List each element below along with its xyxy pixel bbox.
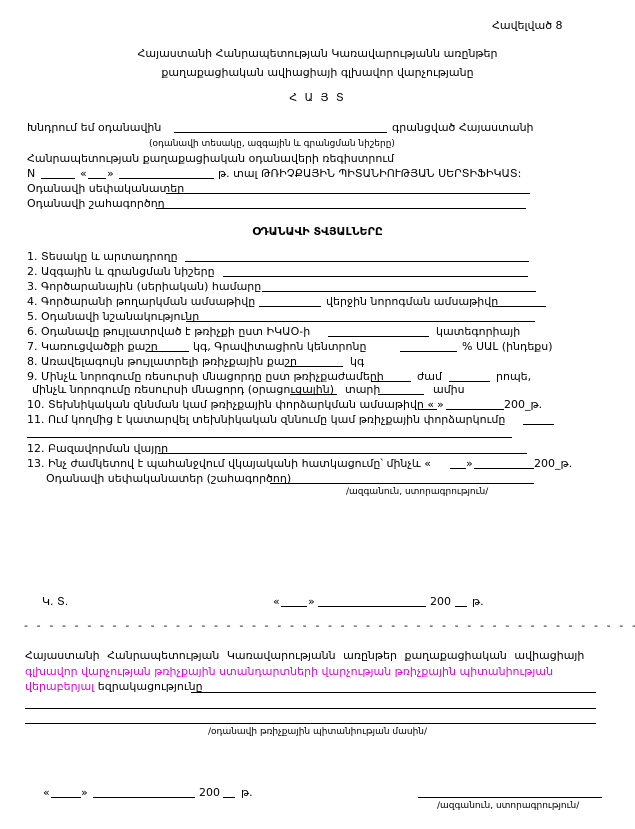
aircraft-type-field[interactable] [174,132,387,133]
item-4-field-a[interactable] [259,306,321,307]
item-4-label: 4. Գործարանի թողարկման ամսաթիվը [27,295,255,308]
item-10-month-field[interactable] [446,409,504,410]
day-field[interactable] [88,178,106,179]
item-10-year: 200_թ. [504,398,542,411]
conclusion-label: եզրակացությունը [98,680,203,693]
item-9b-years-unit: տարի [345,383,380,396]
conclusion-line-2: գլխավոր վարչության թռիչքային ստանդարտներ… [25,665,553,678]
item-3-label: 3. Գործարանային (սերիական) համարը [27,280,261,293]
date-month-field[interactable] [318,606,426,607]
signature-hint-1: /ազգանուն, ստորագրություն/ [346,487,488,498]
appendix-label: Հավելված 8 [492,19,563,32]
addressee-line-2: քաղաքացիական ավիացիայի գլխավոր վարչությա… [0,66,635,79]
section-title: ՕԴԱՆԱՎԻ ՏՎՅԱԼՆԵՐԸ [0,225,635,238]
item-7-label: 7. Կառուցվածքի քաշը [27,340,158,353]
item-5-label: 5. Օդանավի նշանակությունը [27,310,199,323]
conclusion-highlight: վերաբերյալ [25,680,94,693]
item-9-hours-field[interactable] [371,381,411,382]
owner-operator-signature-field[interactable] [270,483,534,484]
item-9b-months-field[interactable] [378,394,424,395]
item-13-day-field[interactable] [450,468,466,469]
footer-year-field[interactable] [223,797,235,798]
item-11-field-b[interactable] [27,437,512,438]
item-1-label: 1. Տեսակը և արտադրողը [27,250,178,263]
item-9b-months-unit: ամիս [433,383,465,396]
item-9-label: 9. Մինչև նորոգումը ռեսուրսի մնացորդը ըստ… [27,370,384,383]
owner-operator-label: Օդանավի սեփականատեր (շահագործող) [46,472,291,485]
item-10-day-field[interactable] [421,409,437,410]
request-line-2: Հանրապետության քաղաքացիական օդանավերի ռե… [27,152,394,165]
footer-signature-field[interactable] [418,797,602,798]
document-title: Հ Ա Յ Տ [0,91,635,104]
date-day-field[interactable] [281,606,307,607]
item-9-minutes-field[interactable] [449,381,490,382]
item-9-minutes-unit: րոպե, [496,370,531,383]
footer-quote-open: « [43,786,50,799]
item-8-field[interactable] [287,366,343,367]
owner-label: Օդանավի սեփականատեր [27,182,184,195]
footer-quote-close: » [81,786,88,799]
number-label: N [27,167,35,180]
item-8-label: 8. Առավելագույն թույլատրելի թռիչքային քա… [27,355,297,368]
item-4-mid: վերջին նորոգման ամսաթիվը [326,295,498,308]
date-year: 200 [430,595,451,608]
item-5-field[interactable] [186,321,535,322]
conclusion-line-3: վերաբերյալ եզրակացությունը [25,680,203,693]
item-11-field-a[interactable] [523,424,554,425]
footer-suffix: թ. [241,786,253,799]
item-12-field[interactable] [158,453,527,454]
item-13-quote-close: » [466,457,473,470]
item-9b-label: մինչև նորոգումը ռեսուրսի մնացորդ (օրացու… [32,383,334,396]
request-line-3-suffix: թ. տալ ԹՌԻՉՔԱՅԻՆ ՊԻՏԱՆԻՈՒԹՅԱՆ ՍԵՐՏԻՖԻԿԱՏ… [218,167,521,180]
item-10-label: 10. Տեխնիկական զննման կամ թռիչքային փորձ… [27,398,434,411]
quote-open: « [80,167,87,180]
item-3-field[interactable] [262,291,536,292]
operator-label: Օդանավի շահագործող [27,197,165,210]
item-13-month-field[interactable] [474,468,534,469]
conclusion-hint: /օդանավի թռիչքային պիտանիության մասին/ [0,727,635,738]
footer-day-field[interactable] [51,797,81,798]
footer-year: 200 [199,786,220,799]
date-quote-close: » [308,595,315,608]
item-2-field[interactable] [223,276,528,277]
item-2-label: 2. Ազգային և գրանցման նիշերը [27,265,215,278]
conclusion-field-3[interactable] [25,723,596,724]
owner-field[interactable] [166,193,530,194]
date-quote-open: « [273,595,280,608]
conclusion-line-1: Հայաստանի Հանրապետության Կառավարությանն … [25,649,584,662]
date-suffix: թ. [472,595,484,608]
item-7-field-a[interactable] [149,351,189,352]
item-9b-years-field[interactable] [290,394,337,395]
item-10-quote-close: » [437,398,444,411]
item-6-end: կատեգորիայի [436,325,520,338]
item-11-label: 11. Ում կողմից է կատարվել տեխնիկական զնն… [27,413,505,426]
conclusion-field-2[interactable] [25,708,596,709]
cut-line-divider: - - - - - - - - - - - - - - - - - - - - … [24,619,635,632]
item-4-field-b[interactable] [496,306,546,307]
footer-signature-hint: /ազգանուն, ստորագրություն/ [437,801,579,812]
item-7-mid: կգ, Գրավիտացիոն կենտրոնը [193,340,366,353]
item-1-field[interactable] [185,261,529,262]
item-8-end: կգ [350,355,364,368]
addressee-line-1: Հայաստանի Հանրապետության Կառավարությանն … [0,47,635,60]
item-6-field[interactable] [328,336,429,337]
item-13-year: 200_թ. [534,457,572,470]
item-7-end: % ՍԱԼ (ինդեքս) [462,340,553,353]
request-line-1-prefix: Խնդրում եմ օդանավին [27,121,161,134]
request-line-1-suffix: գրանցված Հայաստանի [392,121,534,134]
aircraft-type-hint: (օդանավի տեսակը, ազգային և գրանցման նիշե… [149,139,395,150]
operator-field[interactable] [156,208,526,209]
item-7-field-b[interactable] [400,351,457,352]
quote-close: » [107,167,114,180]
conclusion-field-1[interactable] [191,692,596,693]
item-12-label: 12. Բազավորման վայրը [27,442,168,455]
item-13-label: 13. Ինչ ժամկետով է պահանջվում վկայականի … [27,457,431,470]
stamp-label: Կ. Տ. [42,595,68,608]
number-field[interactable] [41,178,75,179]
date-year-field[interactable] [455,606,467,607]
item-9-hours-unit: ժամ [417,370,442,383]
footer-month-field[interactable] [93,797,195,798]
item-6-label: 6. Օդանավը թույլատրված է թռիչքի ըստ ԻԿԱՕ… [27,325,310,338]
month-field[interactable] [119,178,214,179]
